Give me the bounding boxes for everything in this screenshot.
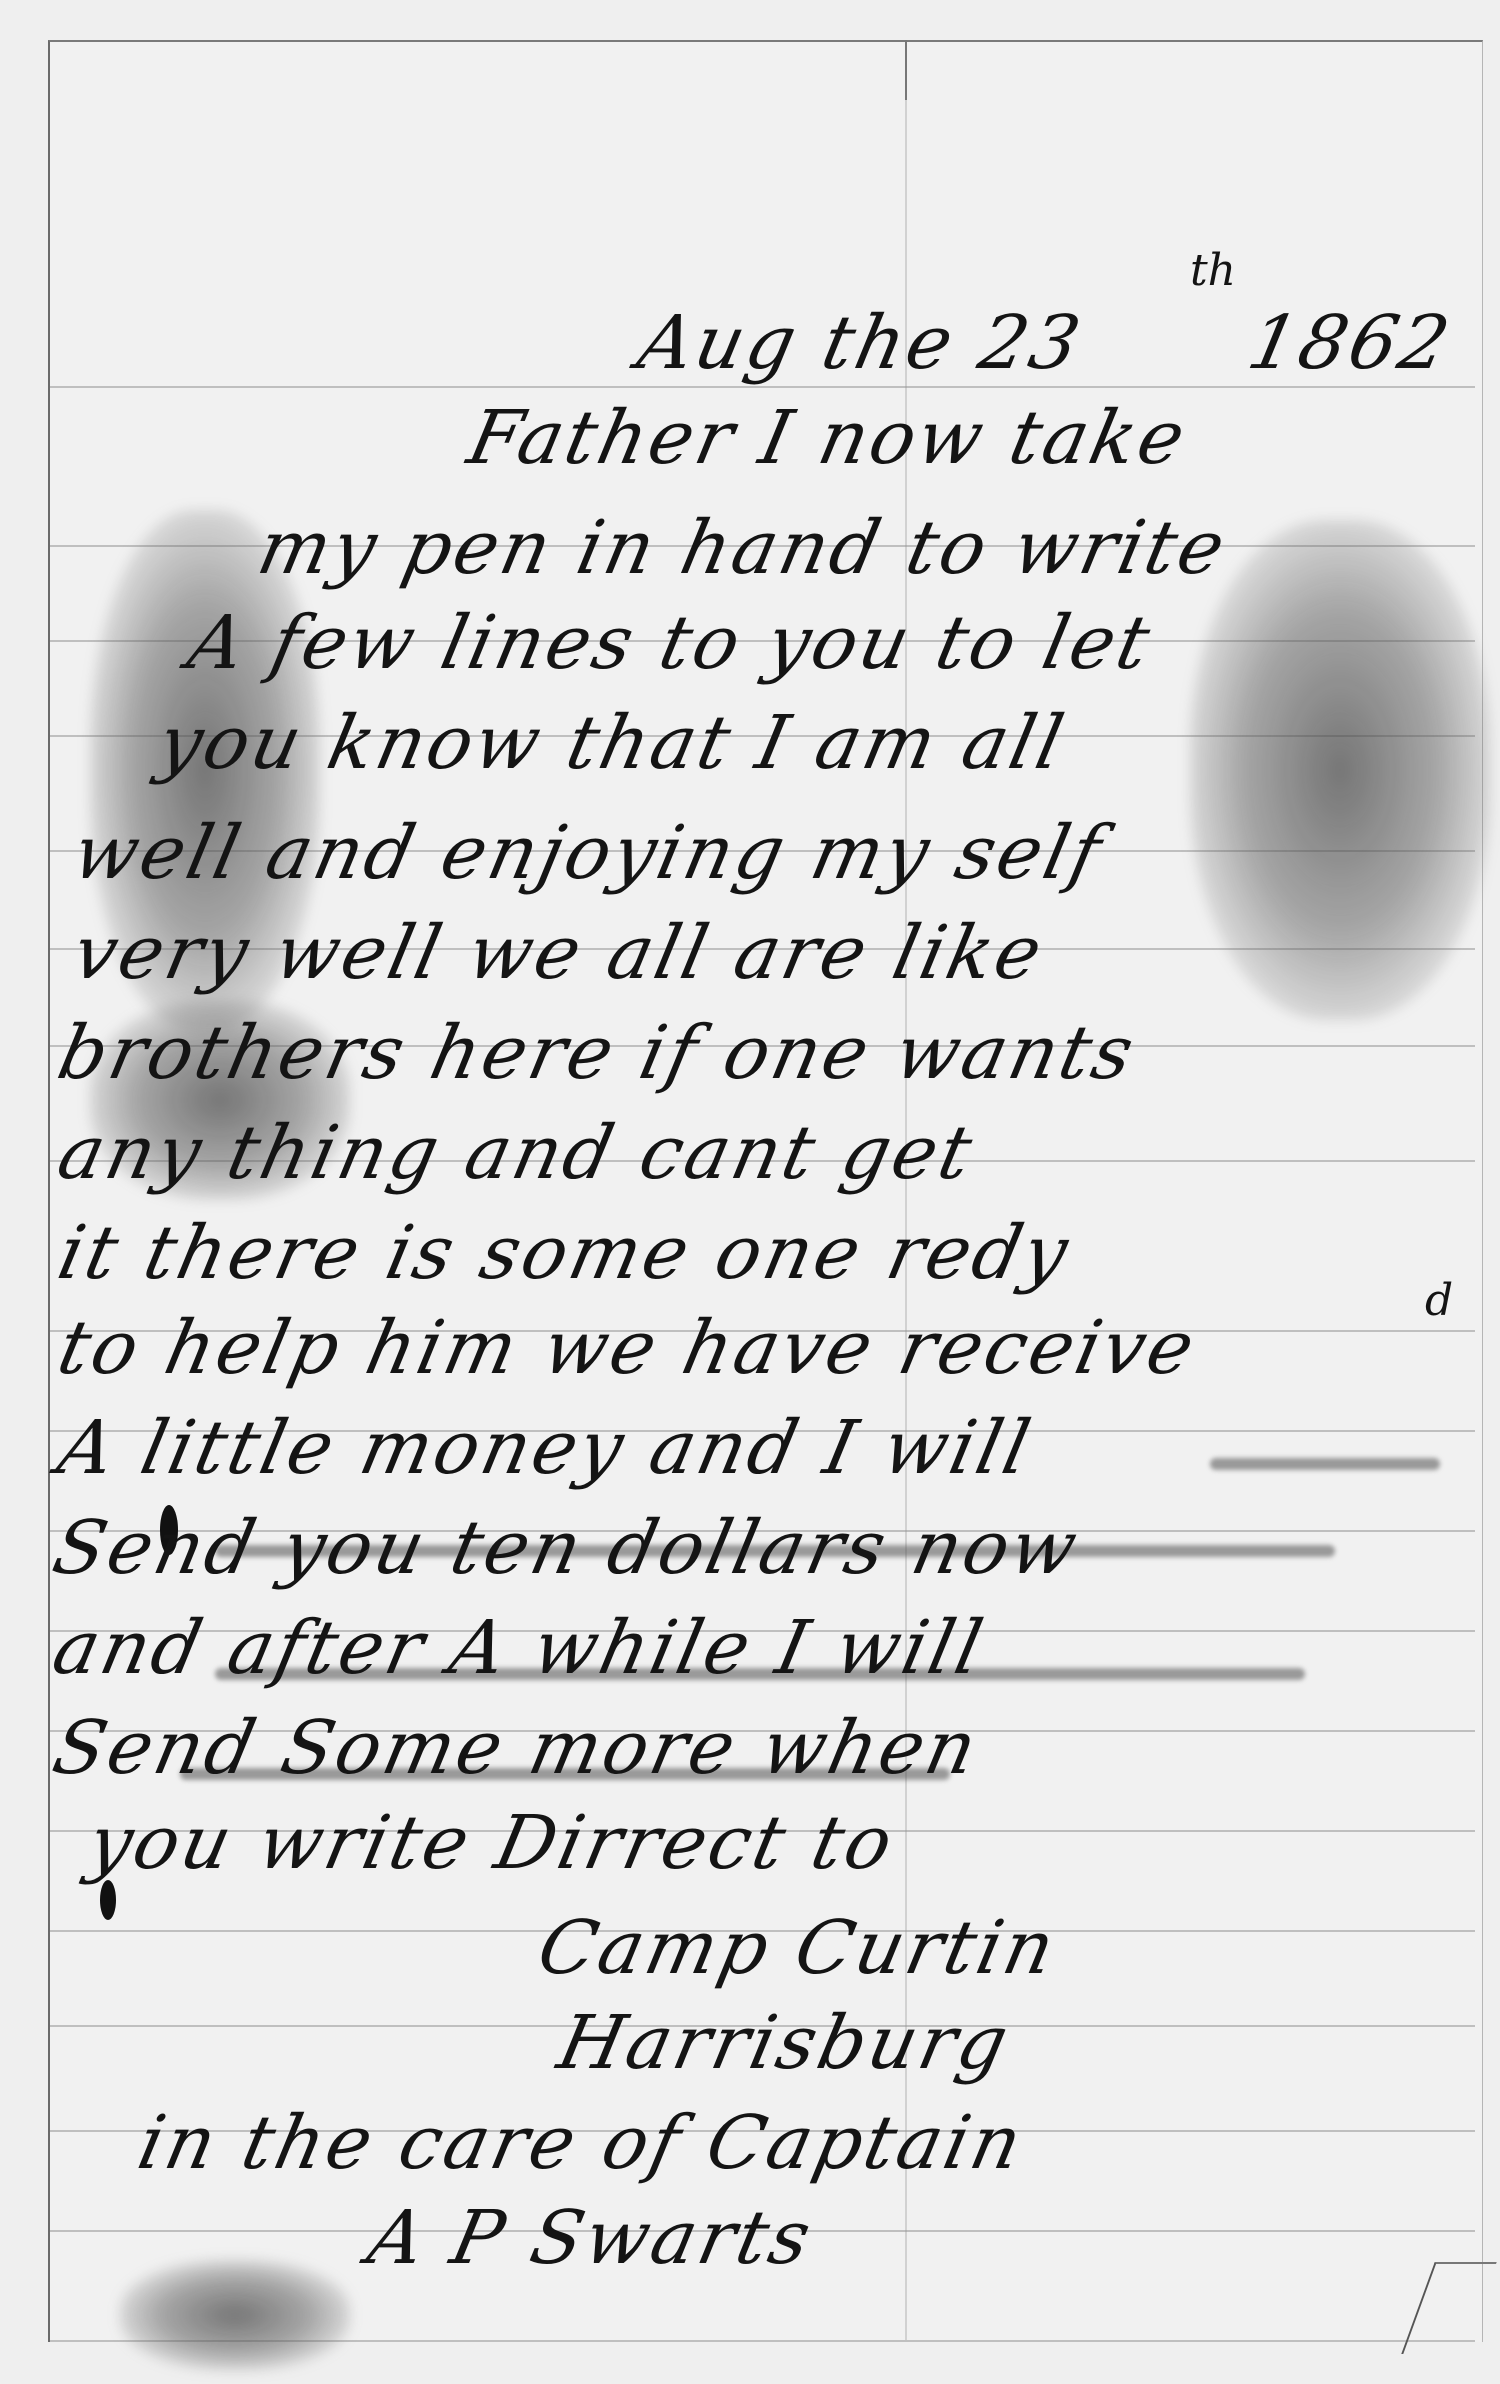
scanned-letter-page: Aug the 23 th 1862 Father I now take my … — [0, 0, 1500, 2384]
water-stain — [120, 2260, 350, 2370]
letter-year: 1862 — [1241, 300, 1460, 386]
letter-line: it there is some one redy — [51, 1210, 1078, 1296]
address-line: Harrisburg — [551, 2000, 1018, 2086]
letter-line: brothers here if one wants — [51, 1010, 1144, 1096]
letter-line: and after A while I will — [46, 1605, 993, 1691]
letter-line: to help him we have receive — [51, 1305, 1204, 1391]
letter-line: well and enjoying my self — [66, 810, 1111, 896]
letter-line: A little money and I will — [51, 1405, 1040, 1491]
letter-date: Aug the 23 — [631, 300, 1090, 386]
letter-line: Send you ten dollars now — [46, 1505, 1087, 1591]
letter-line: Father I now take — [461, 395, 1195, 481]
letter-line: any thing and cant get — [51, 1110, 982, 1196]
address-line: in the care of Captain — [131, 2100, 1032, 2186]
ruled-line — [50, 386, 1475, 388]
letter-line: very well we all are like — [66, 910, 1052, 996]
letter-line: A few lines to you to let — [181, 600, 1160, 686]
ink-blot — [100, 1880, 116, 1920]
insertion-mark: d — [1425, 1275, 1453, 1326]
address-line: Camp Curtin — [531, 1905, 1065, 1991]
letter-line: you write Dirrect to — [81, 1800, 903, 1886]
date-suffix: th — [1190, 245, 1236, 296]
signature: A P Swarts — [361, 2195, 821, 2281]
letter-line: my pen in hand to write — [251, 505, 1235, 591]
letter-line: you know that I am all — [151, 700, 1074, 786]
letter-line: Send Some more when — [46, 1705, 987, 1791]
water-stain — [1190, 520, 1490, 1020]
smudge-underline — [1210, 1458, 1440, 1470]
